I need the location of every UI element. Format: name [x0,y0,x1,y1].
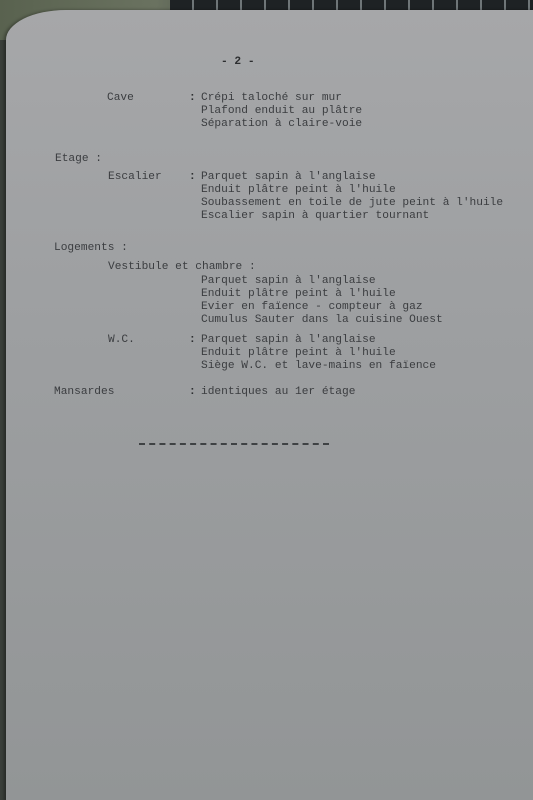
list-item: Escalier sapin à quartier tournant [201,210,429,223]
colon: : [189,334,196,347]
colon: : [189,171,196,184]
list-item: Parquet sapin à l'anglaise [201,334,376,347]
section-heading-etage: Etage : [55,153,102,166]
colon: : [189,92,196,105]
section-label-mansardes: Mansardes [54,386,114,399]
section-label-cave: Cave [107,92,134,105]
colon: : [189,386,196,399]
subsection-label-escalier: Escalier [108,171,162,184]
list-item: Evier en faïence - compteur à gaz [201,301,423,314]
subsection-label-wc: W.C. [108,334,135,347]
list-item: Enduit plâtre peint à l'huile [201,347,396,360]
list-item: identiques au 1er étage [201,386,355,399]
list-item: Crépi taloché sur mur [201,92,342,105]
section-heading-logements: Logements : [54,242,128,255]
list-item: Parquet sapin à l'anglaise [201,275,376,288]
list-item: Enduit plâtre peint à l'huile [201,288,396,301]
subsection-label-vestibule: Vestibule et chambre : [108,261,256,274]
list-item: Parquet sapin à l'anglaise [201,171,376,184]
list-item: Séparation à claire-voie [201,118,362,131]
list-item: Cumulus Sauter dans la cuisine Ouest [201,314,443,327]
list-item: Siège W.C. et lave-mains en faïence [201,360,436,373]
separator-line [139,443,329,445]
list-item: Plafond enduit au plâtre [201,105,362,118]
list-item: Soubassement en toile de jute peint à l'… [201,197,503,210]
page-number: - 2 - [221,56,255,69]
list-item: Enduit plâtre peint à l'huile [201,184,396,197]
